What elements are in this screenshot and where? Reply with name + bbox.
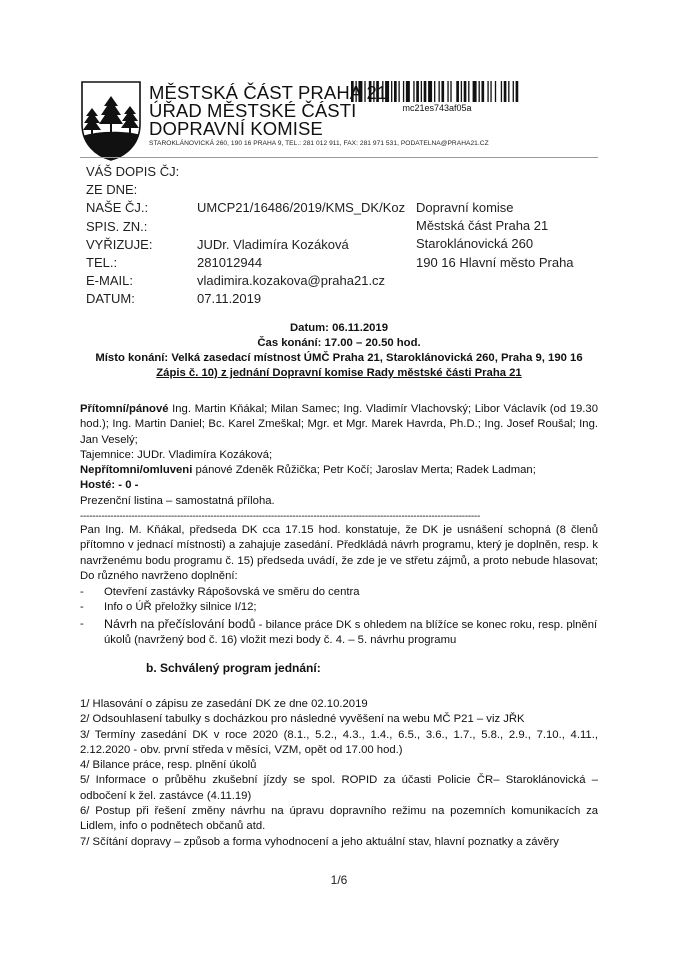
present-label: Přítomní/pánové [80,403,169,415]
reference-label: NAŠE ČJ.: [86,199,197,217]
addition-text: Info o ÚŘ přeložky silnice I/12; [104,600,257,615]
program-item: 2/ Odsouhlasení tabulky s docházkou pro … [80,712,598,727]
recipient-line: Dopravní komise [416,199,574,217]
dash-bullet: - [80,617,104,649]
reference-row: VYŘIZUJE:JUDr. Vladimíra Kozáková [86,236,417,254]
reference-row: SPIS. ZN.: [86,218,417,236]
reference-table: VÁŠ DOPIS ČJ:ZE DNE:NAŠE ČJ.:UMCP21/1648… [86,163,417,309]
guests: Hosté: - 0 - [80,478,598,493]
reference-label: SPIS. ZN.: [86,218,197,236]
reference-label: VÁŠ DOPIS ČJ: [86,163,197,181]
absent-members: Nepřítomni/omluveni pánové Zdeněk Růžičk… [80,463,598,478]
dash-bullet: - [80,585,104,600]
addition-item: -Návrh na přečíslování bodů - bilance pr… [80,617,598,649]
reference-label: VYŘIZUJE: [86,236,197,254]
attendance-section: Přítomní/pánové Ing. Martin Kňákal; Mila… [80,402,598,524]
reference-value [197,181,417,199]
program-heading: b. Schválený program jednání: [80,661,664,676]
addition-lead: Návrh na přečíslování bodů [104,617,256,631]
attendance-list-note: Prezenční listina – samostatná příloha. [80,494,598,509]
reference-value [197,218,417,236]
barcode-icon [351,81,523,102]
absent-label: Nepřítomni/omluveni [80,464,192,476]
program-item: 7/ Sčítání dopravy – způsob a forma vyho… [80,835,598,850]
reference-label: ZE DNE: [86,181,197,199]
reference-row: TEL.:281012944 [86,254,417,272]
addition-text: Otevření zastávky Rápošovská ve směru do… [104,585,360,600]
addition-item: -Otevření zastávky Rápošovská ve směru d… [80,585,598,600]
program-item: 5/ Informace o průběhu zkušební jízdy se… [80,773,598,804]
program-item: 3/ Termíny zasedání DK v roce 2020 (8.1.… [80,728,598,759]
present-members: Přítomní/pánové Ing. Martin Kňákal; Mila… [80,402,598,448]
reference-value: 07.11.2019 [197,290,417,308]
recipient-line: Staroklánovická 260 [416,235,574,253]
program-list: 1/ Hlasování o zápisu ze zasedání DK ze … [80,697,598,850]
page-number: 1/6 [0,873,678,887]
org-line-3: DOPRAVNÍ KOMISE [149,120,387,138]
reference-row: DATUM:07.11.2019 [86,290,417,308]
program-item: 1/ Hlasování o zápisu ze zasedání DK ze … [80,697,598,712]
meeting-header: Datum: 06.11.2019 Čas konání: 17.00 – 20… [80,321,598,381]
reference-label: TEL.: [86,254,197,272]
program-item: 4/ Bilance práce, resp. plnění úkolů [80,758,598,773]
addition-item: -Info o ÚŘ přeložky silnice I/12; [80,600,598,615]
reference-label: DATUM: [86,290,197,308]
reference-row: VÁŠ DOPIS ČJ: [86,163,417,181]
meeting-date: Datum: 06.11.2019 [80,321,598,336]
meeting-place: Místo konání: Velká zasedací místnost ÚM… [80,351,598,366]
reference-value: JUDr. Vladimíra Kozáková [197,236,417,254]
absent-text: pánové Zdeněk Růžička; Petr Kočí; Jarosl… [192,464,535,476]
organization-address: STAROKLÁNOVICKÁ 260, 190 16 PRAHA 9, TEL… [149,140,489,147]
additions-list: -Otevření zastávky Rápošovská ve směru d… [80,585,598,648]
reference-value: vladimira.kozakova@praha21.cz [197,272,417,290]
barcode-text: mc21es743af05a [351,103,523,113]
reference-label: E-MAIL: [86,272,197,290]
reference-row: ZE DNE: [86,181,417,199]
reference-value: 281012944 [197,254,417,272]
intro-paragraph: Pan Ing. M. Kňákal, předseda DK cca 17.1… [80,523,598,584]
reference-row: E-MAIL:vladimira.kozakova@praha21.cz [86,272,417,290]
coat-of-arms-trees-icon [78,78,144,162]
program-item: 6/ Postup při řešení změny návrhu na úpr… [80,804,598,835]
meeting-time: Čas konání: 17.00 – 20.50 hod. [80,336,598,351]
recipient-line: 190 16 Hlavní město Praha [416,254,574,272]
recipient-line: Městská část Praha 21 [416,217,574,235]
reference-value: UMCP21/16486/2019/KMS_DK/Koz [197,199,417,217]
secretary: Tajemnice: JUDr. Vladimíra Kozáková; [80,448,598,463]
reference-value [197,163,417,181]
minutes-title: Zápis č. 10) z jednání Dopravní komise R… [80,366,598,381]
reference-row: NAŠE ČJ.:UMCP21/16486/2019/KMS_DK/Koz [86,199,417,217]
header-divider [80,157,598,158]
dash-bullet: - [80,600,104,615]
recipient-address: Dopravní komise Městská část Praha 21 St… [416,199,574,272]
